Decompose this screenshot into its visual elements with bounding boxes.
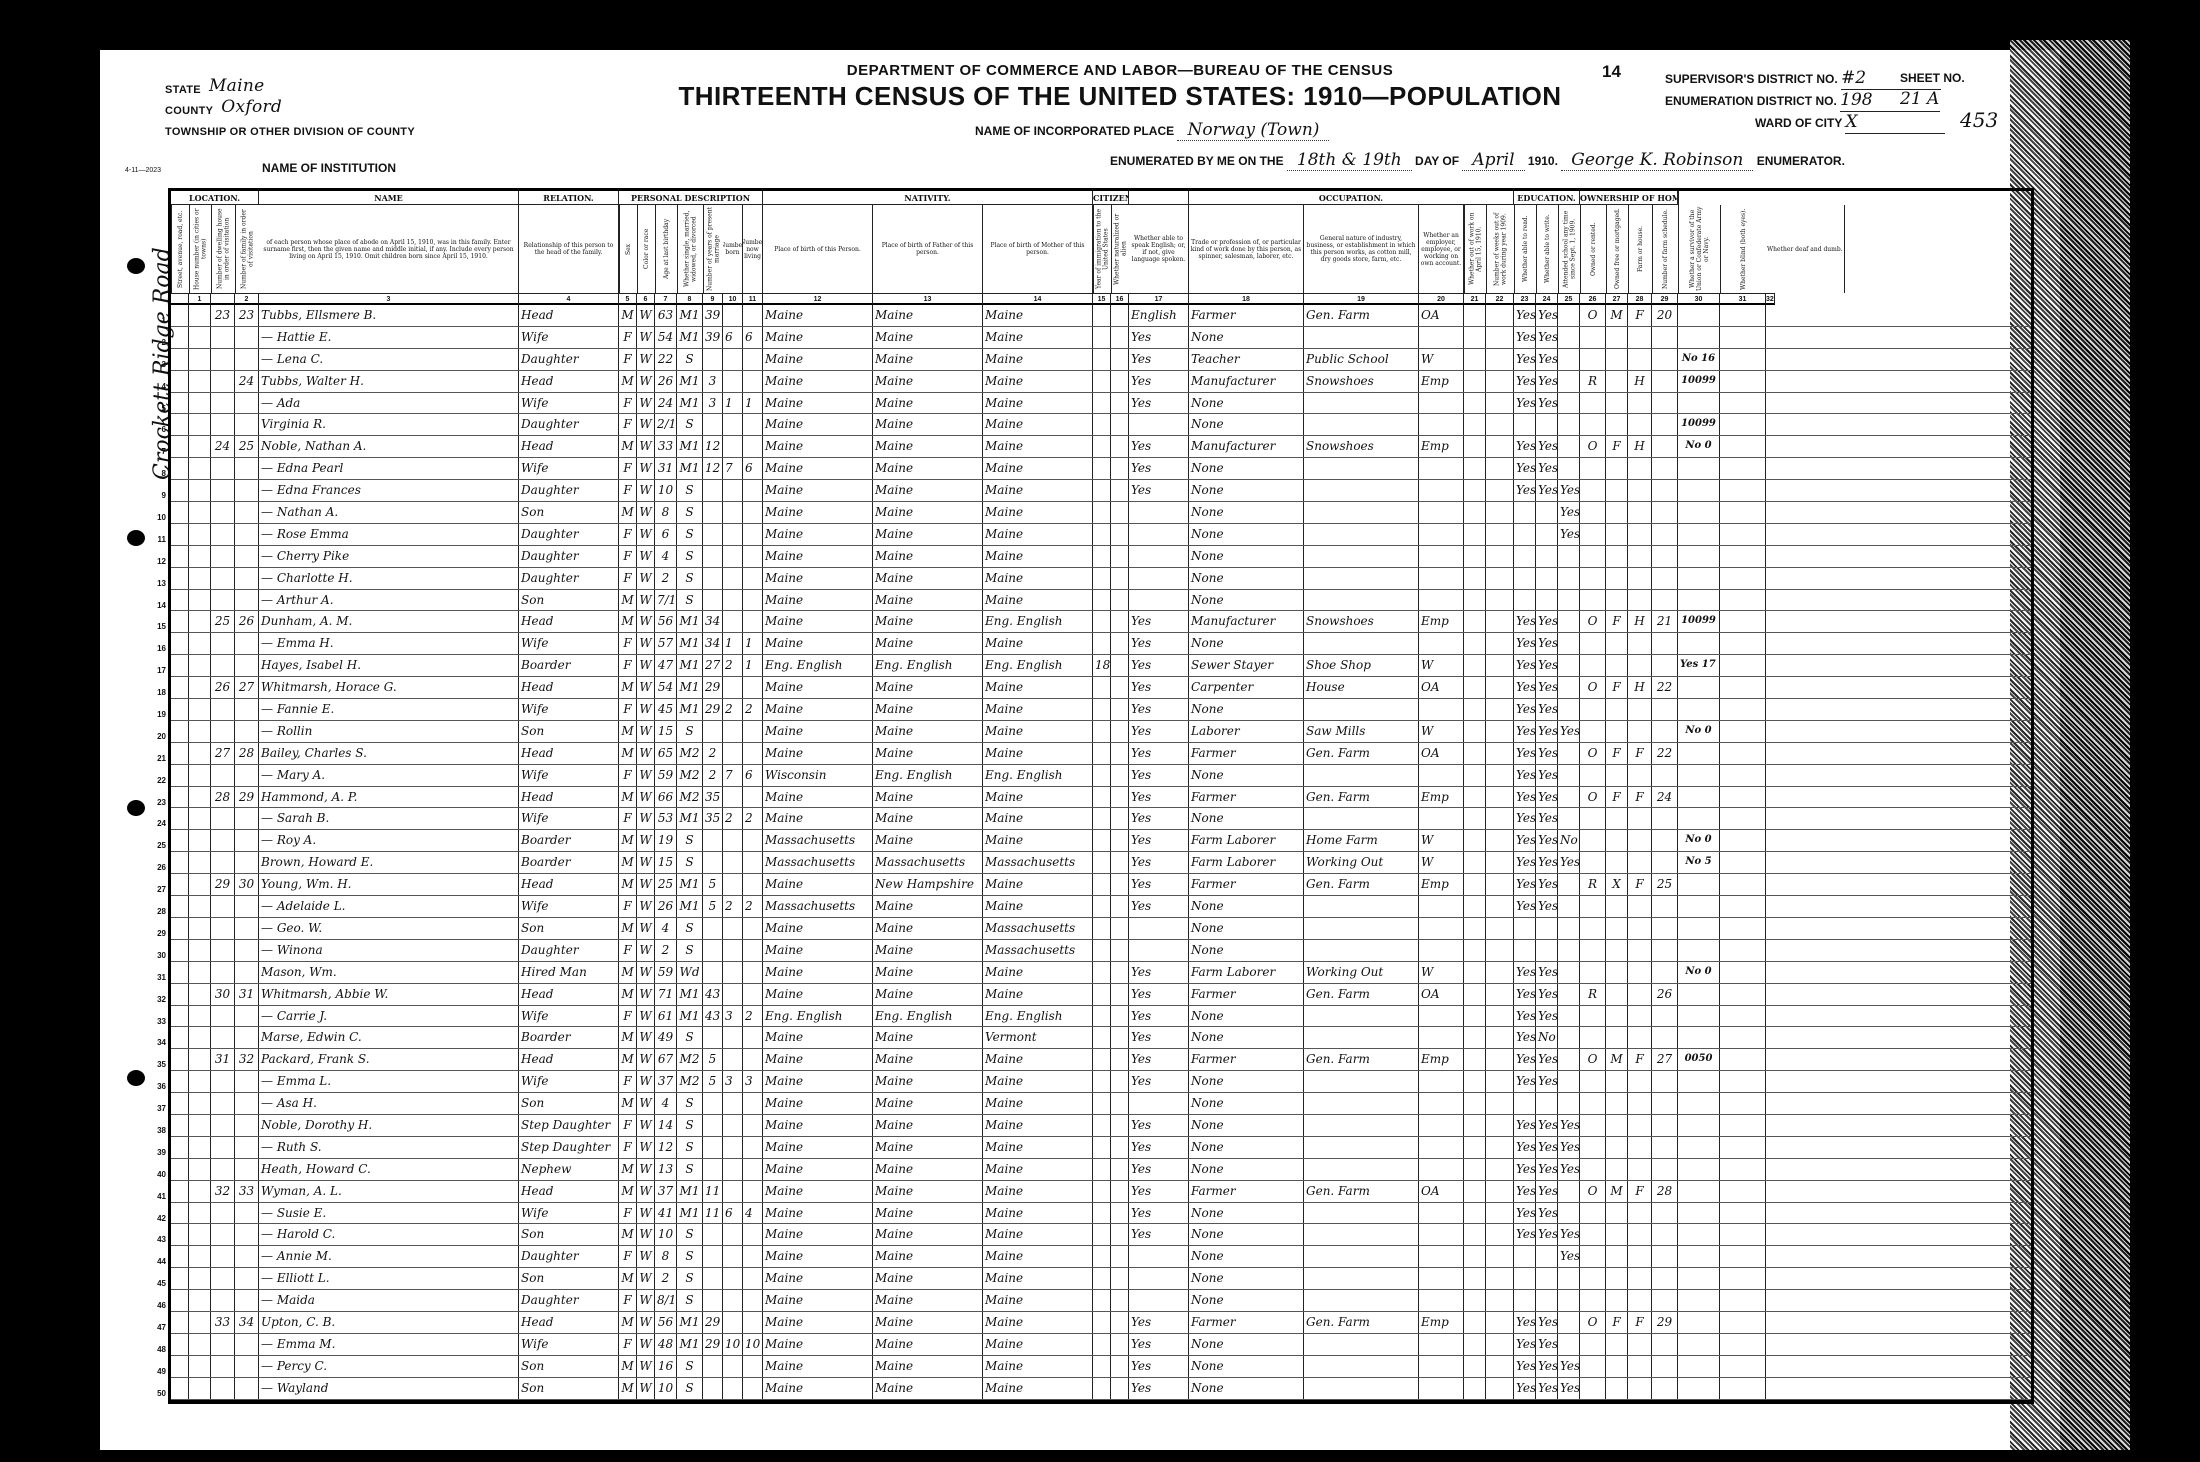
cell-nat [1111, 699, 1129, 720]
cell-code: 0050 [1678, 1049, 1720, 1070]
cell-sched [1652, 1071, 1678, 1092]
cell-weeks [1486, 480, 1514, 501]
cell-occ: Farm Laborer [1189, 830, 1304, 851]
cell-living: 2 [743, 808, 763, 829]
cell-ind [1304, 1137, 1419, 1158]
cell-sex: M [619, 1356, 637, 1377]
cell-rd: Yes [1514, 1181, 1536, 1202]
cell-oow [1464, 633, 1486, 654]
cell-oow [1464, 1093, 1486, 1114]
cell-sched [1652, 414, 1678, 435]
cell-age: 15 [655, 721, 677, 742]
cell-nat [1111, 1093, 1129, 1114]
table-row: Virginia R.DaughterFW2/12SMaineMaineMain… [171, 414, 2031, 436]
cell-rd: Yes [1514, 677, 1536, 698]
cell-age: 25 [655, 874, 677, 895]
line-number: 29 [148, 923, 166, 945]
cell-age: 4 [655, 546, 677, 567]
cell-oow [1464, 327, 1486, 348]
cell-living: 2 [743, 699, 763, 720]
cell-oow [1464, 305, 1486, 326]
cell-fpob: Maine [873, 1071, 983, 1092]
cell-fm [1606, 458, 1628, 479]
cell-ms: S [677, 480, 703, 501]
cell-occ: Farmer [1189, 874, 1304, 895]
cell-weeks [1486, 327, 1514, 348]
cell-fpob: Maine [873, 1268, 983, 1289]
cell-wr: Yes [1536, 677, 1558, 698]
cell-sched [1652, 1334, 1678, 1355]
cell-fh [1628, 1268, 1652, 1289]
cell-house [189, 633, 211, 654]
cell-occ: None [1189, 699, 1304, 720]
cell-code [1678, 590, 1720, 611]
cell-sex: M [619, 436, 637, 457]
cell-race: W [637, 699, 655, 720]
cell-yrs [703, 721, 723, 742]
cell-code [1678, 1203, 1720, 1224]
cell-imm [1093, 371, 1111, 392]
column-number: 27 [1606, 293, 1628, 305]
cell-house [189, 1203, 211, 1224]
cell-fh [1628, 393, 1652, 414]
cell-age: 26 [655, 371, 677, 392]
cell-weeks [1486, 808, 1514, 829]
line-number: 27 [148, 879, 166, 901]
table-row: — Harold C.SonMW10SMaineMaineMaineYesNon… [171, 1224, 2031, 1246]
column-header: Whether single, married, widowed, or div… [677, 205, 703, 293]
cell-name: — Annie M. [259, 1246, 519, 1267]
cell-weeks [1486, 1159, 1514, 1180]
cell-sex: M [619, 1378, 637, 1399]
cell-nat [1111, 371, 1129, 392]
cell-rd: Yes [1514, 655, 1536, 676]
cell-pob: Maine [763, 371, 873, 392]
cell-street [171, 1224, 189, 1245]
cell-house [189, 1356, 211, 1377]
cell-sch [1558, 1027, 1580, 1048]
cell-own [1580, 655, 1606, 676]
cell-eng: Yes [1129, 393, 1189, 414]
cell-weeks [1486, 852, 1514, 873]
cell-sex: M [619, 918, 637, 939]
cell-sex: M [619, 1159, 637, 1180]
column-number: 18 [1189, 293, 1304, 305]
cell-born: 10 [723, 1334, 743, 1355]
cell-rd: Yes [1514, 1312, 1536, 1333]
binder-hole [127, 800, 145, 816]
cell-fpob: Maine [873, 1224, 983, 1245]
cell-race: W [637, 546, 655, 567]
cell-yrs [703, 1246, 723, 1267]
cell-occ: None [1189, 393, 1304, 414]
cell-age: 67 [655, 1049, 677, 1070]
line-number: 47 [148, 1317, 166, 1339]
cell-sch [1558, 568, 1580, 589]
cell-race: W [637, 524, 655, 545]
cell-age: 7/12 [655, 590, 677, 611]
cell-house [189, 1115, 211, 1136]
cell-rd: Yes [1514, 1159, 1536, 1180]
cell-nat [1111, 1049, 1129, 1070]
cell-eng: Yes [1129, 1203, 1189, 1224]
cell-oow [1464, 1071, 1486, 1092]
cell-x32 [1720, 502, 1766, 523]
cell-fh [1628, 1334, 1652, 1355]
cell-wr: Yes [1536, 611, 1558, 632]
cell-house [189, 918, 211, 939]
column-header: Year of immigration to the United States [1093, 205, 1111, 293]
cell-x32 [1720, 984, 1766, 1005]
cell-mpob: Maine [983, 743, 1093, 764]
cell-fpob: Maine [873, 1312, 983, 1333]
cell-mpob: Maine [983, 1115, 1093, 1136]
cell-occ: Carpenter [1189, 677, 1304, 698]
cell-sched: 22 [1652, 677, 1678, 698]
cell-race: W [637, 655, 655, 676]
cell-race: W [637, 349, 655, 370]
cell-imm [1093, 984, 1111, 1005]
cell-own: R [1580, 874, 1606, 895]
cell-street [171, 852, 189, 873]
cell-code [1678, 1378, 1720, 1399]
cell-street [171, 677, 189, 698]
cell-yrs: 11 [703, 1181, 723, 1202]
cell-own [1580, 808, 1606, 829]
cell-street [171, 1181, 189, 1202]
column-header: Whether blind (both eyes). [1720, 205, 1766, 293]
cell-imm [1093, 808, 1111, 829]
cell-name: — Emma L. [259, 1071, 519, 1092]
cell-rd: Yes [1514, 1378, 1536, 1399]
cell-own [1580, 765, 1606, 786]
cell-mpob: Maine [983, 1378, 1093, 1399]
cell-born [723, 436, 743, 457]
cell-rd: Yes [1514, 984, 1536, 1005]
cell-house [189, 699, 211, 720]
cell-code [1678, 1093, 1720, 1114]
cell-yrs [703, 1378, 723, 1399]
cell-code: 10099 [1678, 611, 1720, 632]
table-row: — Sarah B.WifeFW53M13522MaineMaineMaineY… [171, 808, 2031, 830]
cell-age: 24 [655, 393, 677, 414]
cell-x32 [1720, 1071, 1766, 1092]
cell-pob: Maine [763, 458, 873, 479]
cell-mpob: Maine [983, 1049, 1093, 1070]
cell-living [743, 414, 763, 435]
cell-occ: Teacher [1189, 349, 1304, 370]
cell-mpob: Maine [983, 1203, 1093, 1224]
cell-pob: Maine [763, 699, 873, 720]
line-number: 19 [148, 704, 166, 726]
cell-eng: Yes [1129, 371, 1189, 392]
cell-x32 [1720, 524, 1766, 545]
cell-house [189, 414, 211, 435]
cell-oow [1464, 1027, 1486, 1048]
cell-fm [1606, 1268, 1628, 1289]
cell-house [189, 808, 211, 829]
cell-x32 [1720, 874, 1766, 895]
cell-fam [235, 655, 259, 676]
cell-occ: None [1189, 633, 1304, 654]
cell-oow [1464, 1049, 1486, 1070]
cell-occ: None [1189, 524, 1304, 545]
cell-fm [1606, 1027, 1628, 1048]
cell-mpob: Massachusetts [983, 918, 1093, 939]
table-row: — Nathan A.SonMW8SMaineMaineMaineNoneYes [171, 502, 2031, 524]
cell-dw [211, 327, 235, 348]
cell-rel: Wife [519, 1071, 619, 1092]
cell-oow [1464, 721, 1486, 742]
cell-occ: None [1189, 765, 1304, 786]
cell-pob: Maine [763, 962, 873, 983]
cell-living [743, 436, 763, 457]
cell-age: 10 [655, 1224, 677, 1245]
cell-name: — Rollin [259, 721, 519, 742]
cell-yrs: 3 [703, 371, 723, 392]
cell-street [171, 305, 189, 326]
cell-weeks [1486, 743, 1514, 764]
cell-fpob: Maine [873, 918, 983, 939]
cell-eng: Yes [1129, 1181, 1189, 1202]
cell-race: W [637, 852, 655, 873]
cell-ms: S [677, 1115, 703, 1136]
cell-x32 [1720, 305, 1766, 326]
cell-eng: Yes [1129, 1027, 1189, 1048]
cell-rd: Yes [1514, 699, 1536, 720]
cell-own: O [1580, 743, 1606, 764]
institution-label: NAME OF INSTITUTION [262, 161, 396, 175]
cell-occ: None [1189, 1290, 1304, 1311]
cell-x32 [1720, 436, 1766, 457]
cell-fam [235, 1093, 259, 1114]
cell-emp: OA [1419, 743, 1464, 764]
column-header: Number born [723, 205, 743, 293]
cell-house [189, 305, 211, 326]
cell-name: — Winona [259, 940, 519, 961]
table-row: Marse, Edwin C.BoarderMW49SMaineMaineVer… [171, 1027, 2031, 1049]
cell-sched: 24 [1652, 787, 1678, 808]
cell-emp [1419, 1027, 1464, 1048]
cell-emp: W [1419, 349, 1464, 370]
cell-mpob: Eng. English [983, 765, 1093, 786]
cell-weeks [1486, 1203, 1514, 1224]
cell-mpob: Maine [983, 787, 1093, 808]
cell-eng: Yes [1129, 896, 1189, 917]
column-header: Whether able to read. [1514, 205, 1536, 293]
cell-name: — Asa H. [259, 1093, 519, 1114]
cell-rel: Head [519, 743, 619, 764]
cell-rel: Wife [519, 633, 619, 654]
cell-x32 [1720, 940, 1766, 961]
cell-born [723, 721, 743, 742]
cell-rd [1514, 1246, 1536, 1267]
table-row: — Carrie J.WifeFW61M14332Eng. EnglishEng… [171, 1006, 2031, 1028]
cell-emp [1419, 633, 1464, 654]
cell-rel: Head [519, 874, 619, 895]
cell-own [1580, 1334, 1606, 1355]
column-number: 9 [703, 293, 723, 305]
cell-fam [235, 1027, 259, 1048]
cell-rel: Head [519, 984, 619, 1005]
cell-pob: Maine [763, 1224, 873, 1245]
cell-dw [211, 1224, 235, 1245]
line-number: 30 [148, 945, 166, 967]
cell-x32 [1720, 480, 1766, 501]
cell-emp: OA [1419, 1181, 1464, 1202]
cell-own [1580, 327, 1606, 348]
column-number: 19 [1304, 293, 1419, 305]
cell-own: O [1580, 677, 1606, 698]
cell-yrs [703, 1224, 723, 1245]
cell-ind [1304, 393, 1419, 414]
table-row: 2627Whitmarsh, Horace G.HeadMW54M129Main… [171, 677, 2031, 699]
cell-fpob: Maine [873, 677, 983, 698]
cell-fpob: Maine [873, 568, 983, 589]
cell-sex: F [619, 1290, 637, 1311]
cell-street [171, 436, 189, 457]
cell-occ: None [1189, 808, 1304, 829]
cell-age: 65 [655, 743, 677, 764]
cell-street [171, 1356, 189, 1377]
cell-race: W [637, 787, 655, 808]
cell-fpob: Maine [873, 808, 983, 829]
cell-code [1678, 393, 1720, 414]
cell-street [171, 699, 189, 720]
cell-house [189, 436, 211, 457]
cell-living [743, 611, 763, 632]
cell-sch: Yes [1558, 1356, 1580, 1377]
cell-street [171, 1049, 189, 1070]
cell-fpob: Maine [873, 393, 983, 414]
cell-age: 61 [655, 1006, 677, 1027]
table-row: — Geo. W.SonMW4SMaineMaineMassachusettsN… [171, 918, 2031, 940]
cell-ind [1304, 1203, 1419, 1224]
column-header: Whether able to speak English; or, if no… [1129, 205, 1189, 293]
cell-street [171, 371, 189, 392]
cell-wr: Yes [1536, 1203, 1558, 1224]
cell-ind: Working Out [1304, 962, 1419, 983]
cell-race: W [637, 962, 655, 983]
cell-imm [1093, 962, 1111, 983]
cell-rd: Yes [1514, 1006, 1536, 1027]
cell-mpob: Eng. English [983, 655, 1093, 676]
cell-wr [1536, 414, 1558, 435]
cell-imm [1093, 1115, 1111, 1136]
cell-sch: Yes [1558, 1115, 1580, 1136]
cell-house [189, 830, 211, 851]
cell-fm [1606, 480, 1628, 501]
cell-sch [1558, 1312, 1580, 1333]
line-number: 41 [148, 1186, 166, 1208]
cell-eng: Yes [1129, 1356, 1189, 1377]
cell-name: — Percy C. [259, 1356, 519, 1377]
cell-dw [211, 480, 235, 501]
cell-mpob: Maine [983, 1137, 1093, 1158]
cell-sch [1558, 677, 1580, 698]
cell-race: W [637, 1290, 655, 1311]
cell-fh [1628, 984, 1652, 1005]
cell-yrs [703, 1093, 723, 1114]
cell-age: 10 [655, 480, 677, 501]
cell-rel: Daughter [519, 568, 619, 589]
cell-rd: Yes [1514, 349, 1536, 370]
cell-code [1678, 1071, 1720, 1092]
cell-born [723, 1049, 743, 1070]
cell-imm [1093, 896, 1111, 917]
cell-name: Virginia R. [259, 414, 519, 435]
cell-dw: 31 [211, 1049, 235, 1070]
cell-imm [1093, 327, 1111, 348]
cell-age: 15 [655, 852, 677, 873]
cell-age: 19 [655, 830, 677, 851]
cell-rd: Yes [1514, 808, 1536, 829]
cell-fpob: Eng. English [873, 1006, 983, 1027]
cell-pob: Maine [763, 1246, 873, 1267]
cell-race: W [637, 305, 655, 326]
cell-fam [235, 1203, 259, 1224]
cell-house [189, 458, 211, 479]
cell-ms: S [677, 1246, 703, 1267]
cell-imm [1093, 743, 1111, 764]
cell-rd [1514, 1290, 1536, 1311]
cell-name: — Maida [259, 1290, 519, 1311]
cell-age: 45 [655, 699, 677, 720]
cell-born [723, 1159, 743, 1180]
cell-mpob: Maine [983, 546, 1093, 567]
cell-race: W [637, 1159, 655, 1180]
cell-imm [1093, 414, 1111, 435]
cell-sex: F [619, 568, 637, 589]
column-number: 13 [873, 293, 983, 305]
cell-dw: 28 [211, 787, 235, 808]
cell-emp [1419, 1356, 1464, 1377]
cell-weeks [1486, 874, 1514, 895]
cell-fm [1606, 1356, 1628, 1377]
cell-name: Packard, Frank S. [259, 1049, 519, 1070]
cell-race: W [637, 940, 655, 961]
cell-ind [1304, 1159, 1419, 1180]
cell-sex: F [619, 1071, 637, 1092]
cell-race: W [637, 721, 655, 742]
cell-fpob: Maine [873, 1181, 983, 1202]
cell-oow [1464, 458, 1486, 479]
cell-born: 2 [723, 655, 743, 676]
cell-dw [211, 699, 235, 720]
cell-x32 [1720, 568, 1766, 589]
cell-weeks [1486, 502, 1514, 523]
cell-sched [1652, 1290, 1678, 1311]
column-header: Whether able to write. [1536, 205, 1558, 293]
cell-ms: M1 [677, 393, 703, 414]
cell-rel: Son [519, 590, 619, 611]
cell-name: Tubbs, Walter H. [259, 371, 519, 392]
cell-fm [1606, 524, 1628, 545]
cell-dw [211, 1093, 235, 1114]
cell-fpob: Maine [873, 414, 983, 435]
table-row: Noble, Dorothy H.Step DaughterFW14SMaine… [171, 1115, 2031, 1137]
cell-ms: S [677, 414, 703, 435]
cell-ms: M1 [677, 1312, 703, 1333]
cell-living: 6 [743, 458, 763, 479]
cell-sched [1652, 546, 1678, 567]
cell-wr: Yes [1536, 765, 1558, 786]
cell-oow [1464, 1334, 1486, 1355]
cell-sex: F [619, 765, 637, 786]
cell-emp [1419, 1290, 1464, 1311]
cell-rd [1514, 1093, 1536, 1114]
cell-own [1580, 940, 1606, 961]
